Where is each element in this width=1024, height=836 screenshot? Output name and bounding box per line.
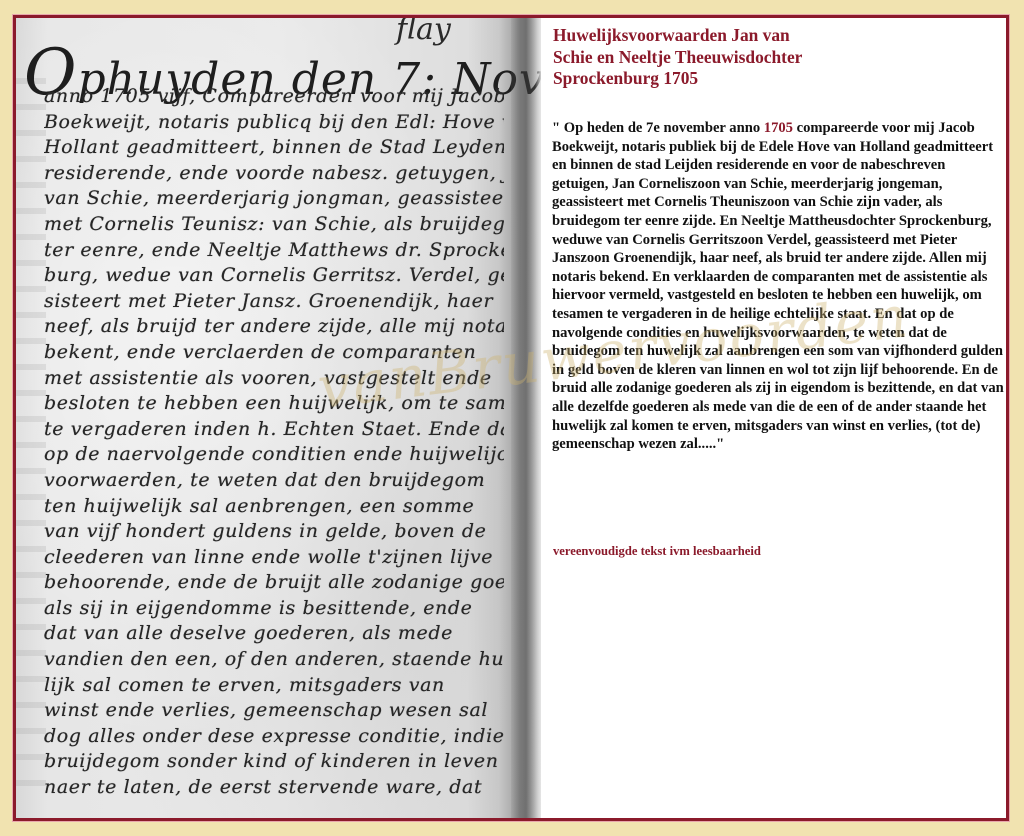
transcription-panel: Huwelijksvoorwaarden Jan van Schie en Ne… [541, 18, 1006, 818]
manuscript-line: residerende, ende voorde nabesz. getuyge… [44, 161, 504, 187]
manuscript-line: met assistentie als vooren, vastgestelt … [44, 366, 504, 392]
manuscript-line: ter eenre, ende Neeltje Matthews dr. Spr… [44, 238, 504, 264]
manuscript-line: ten huijwelijk sal aenbrengen, een somme [44, 494, 504, 520]
year-highlight: 1705 [764, 120, 793, 136]
transcription-text-start: " Op heden de 7e november anno [552, 120, 764, 136]
document-title-line: Sprockenburg 1705 [553, 68, 698, 88]
book-spine-gutter [511, 18, 541, 818]
manuscript-line: bruijdegom sonder kind of kinderen in le… [44, 749, 504, 775]
manuscript-line: cleederen van linne ende wolle t'zijnen … [44, 545, 504, 571]
manuscript-line: van Schie, meerderjarig jongman, geassis… [44, 186, 504, 212]
page-frame: flay Ophuyden den 7: November anno 1705 … [13, 15, 1009, 821]
manuscript-line: neef, als bruijd ter andere zijde, alle … [44, 314, 504, 340]
manuscript-line: behoorende, ende de bruijt alle zodanige… [44, 570, 504, 596]
document-title-line: Huwelijksvoorwaarden Jan van [553, 25, 790, 45]
transcription-text-rest: compareerde voor mij Jacob Boekweijt, no… [552, 120, 1004, 452]
manuscript-line: als sij in eijgendomme is besittende, en… [44, 596, 504, 622]
manuscript-line: naer te laten, de eerst stervende ware, … [44, 775, 504, 801]
manuscript-bleed-through [16, 78, 46, 798]
manuscript-line: lijk sal comen te erven, mitsgaders van [44, 673, 504, 699]
manuscript-scan: flay Ophuyden den 7: November anno 1705 … [16, 18, 541, 818]
manuscript-line: besloten te hebben een huijwelijk, om te… [44, 391, 504, 417]
manuscript-line: met Cornelis Teunisz: van Schie, als bru… [44, 212, 504, 238]
manuscript-line: winst ende verlies, gemeenschap wesen sa… [44, 698, 504, 724]
manuscript-line: te vergaderen inden h. Echten Staet. End… [44, 417, 504, 443]
manuscript-line: dat van alle deselve goederen, als mede [44, 621, 504, 647]
transcription-text: " Op heden de 7e november anno 1705 comp… [552, 119, 1004, 454]
manuscript-line: Hollant geadmitteert, binnen de Stad Ley… [44, 135, 504, 161]
manuscript-line: burg, wedue van Cornelis Gerritsz. Verde… [44, 263, 504, 289]
manuscript-lines: anno 1705 vijf, Compareerden voor mij Ja… [44, 84, 504, 801]
manuscript-line: dog alles onder dese expresse conditie, … [44, 724, 504, 750]
manuscript-line: bekent, ende verclaerden de comparanten [44, 340, 504, 366]
manuscript-line: Boekweijt, notaris publicq bij den Edl: … [44, 110, 504, 136]
manuscript-line: voorwaerden, te weten dat den bruijdegom [44, 468, 504, 494]
manuscript-line: anno 1705 vijf, Compareerden voor mij Ja… [44, 84, 504, 110]
simplified-text-note: vereenvoudigde tekst ivm leesbaarheid [553, 544, 761, 559]
manuscript-line: op de naervolgende conditien ende huijwe… [44, 442, 504, 468]
manuscript-line: vandien den een, of den anderen, staende… [44, 647, 504, 673]
manuscript-line: van vijf hondert guldens in gelde, boven… [44, 519, 504, 545]
document-title-line: Schie en Neeltje Theeuwisdochter [553, 47, 802, 67]
manuscript-line: sisteert met Pieter Jansz. Groenendijk, … [44, 289, 504, 315]
document-title: Huwelijksvoorwaarden Jan van Schie en Ne… [553, 25, 993, 90]
